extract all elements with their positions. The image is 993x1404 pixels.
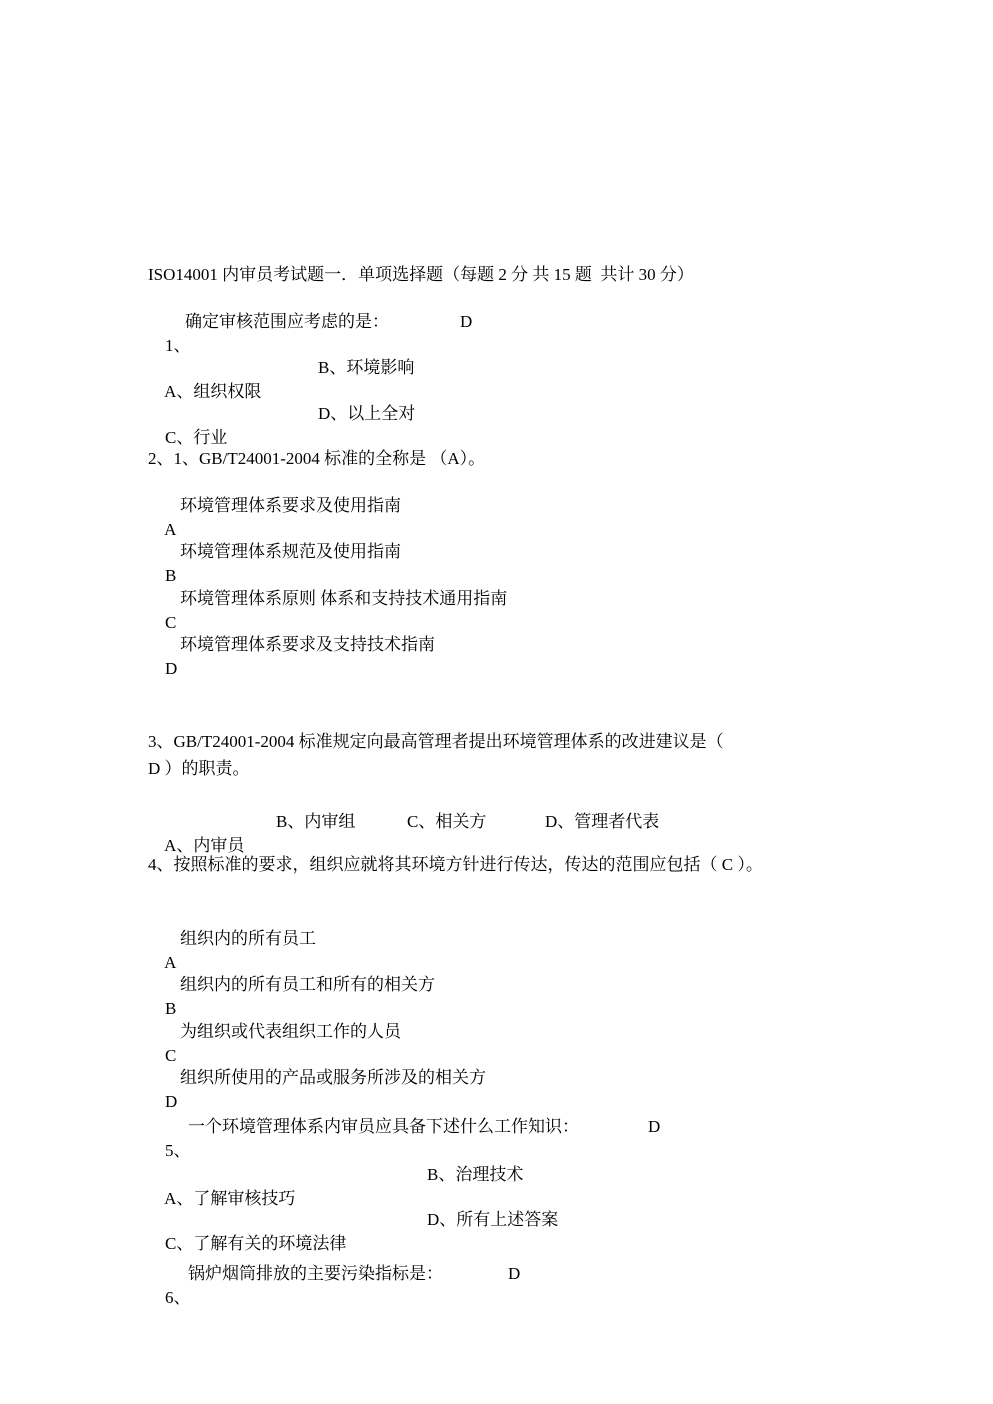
question-2-text: 2、1、GB/T24001-2004 标准的全称是 （A）。 (148, 449, 485, 468)
question-5-option-c: C、了解有关的环境法律 (165, 1234, 346, 1253)
exam-title: ISO14001 内审员考试题一．单项选择题（每题 2 分 共 15 题 共计 … (148, 263, 694, 287)
option-text: 为组织或代表组织工作的人员 (180, 1020, 401, 1044)
question-1-text: 确定审核范围应考虑的是： (185, 310, 389, 334)
question-1-option-d: D、以上全对 (318, 402, 415, 426)
question-5-option-a: A、了解审核技巧 (164, 1189, 295, 1208)
exam-document-page: ISO14001 内审员考试题一．单项选择题（每题 2 分 共 15 题 共计 … (0, 0, 993, 1404)
question-6-number: 6、 (165, 1288, 191, 1307)
question-5-text: 一个环境管理体系内审员应具备下述什么工作知识： (188, 1115, 579, 1139)
option-letter: D (165, 1092, 177, 1111)
question-1-answer: D (460, 310, 472, 334)
question-4-text: 4、按照标准的要求，组织应就将其环境方针进行传达，传达的范围应包括（ C ）。 (148, 855, 763, 874)
question-3-option-d: D、管理者代表 (545, 810, 659, 834)
question-4: 4、按照标准的要求，组织应就将其环境方针进行传达，传达的范围应包括（ C ）。 (148, 853, 763, 877)
question-2-option-d: D 环境管理体系要求及支持技术指南 (148, 633, 177, 729)
question-5-number: 5、 (165, 1141, 191, 1160)
question-3-option-b: B、内审组 (276, 810, 355, 834)
option-letter: B (165, 566, 176, 585)
question-3-option-c: C、相关方 (407, 810, 486, 834)
question-5-answer: D (648, 1115, 660, 1139)
question-5-option-d: D、所有上述答案 (427, 1208, 558, 1232)
question-1-number: 1、 (165, 336, 191, 355)
option-text: 组织内的所有员工和所有的相关方 (180, 973, 435, 997)
option-letter: B (165, 999, 176, 1018)
option-letter: C (165, 613, 176, 632)
option-letter: D (165, 659, 177, 678)
option-text: 组织内的所有员工 (180, 927, 316, 951)
question-1-option-c: C、行业 (165, 428, 227, 447)
question-6: 6、 锅炉烟筒排放的主要污染指标是： D (148, 1262, 191, 1382)
option-text: 环境管理体系原则 体系和支持技术通用指南 (180, 587, 507, 611)
question-2: 2、1、GB/T24001-2004 标准的全称是 （A）。 (148, 447, 485, 471)
exam-title-text: ISO14001 内审员考试题一．单项选择题（每题 2 分 共 15 题 共计 … (148, 265, 694, 284)
question-3-line-2: D ）的职责。 (148, 757, 250, 781)
question-3-text-2: D ）的职责。 (148, 759, 250, 778)
question-5-option-b: B、治理技术 (427, 1163, 523, 1187)
question-1-option-b: B、环境影响 (318, 356, 414, 380)
question-6-answer: D (508, 1262, 520, 1286)
option-letter: C (165, 1046, 176, 1065)
option-text: 环境管理体系规范及使用指南 (180, 540, 401, 564)
option-text: 环境管理体系要求及使用指南 (180, 494, 401, 518)
option-letter: A (164, 953, 176, 972)
option-text: 组织所使用的产品或服务所涉及的相关方 (180, 1066, 486, 1090)
option-text: 环境管理体系要求及支持技术指南 (180, 633, 435, 657)
question-6-text: 锅炉烟筒排放的主要污染指标是： (188, 1262, 443, 1286)
question-3-line-1: 3、GB/T24001-2004 标准规定向最高管理者提出环境管理体系的改进建议… (148, 730, 724, 754)
question-1-option-a: A、组织权限 (164, 382, 261, 401)
question-3-text-1: 3、GB/T24001-2004 标准规定向最高管理者提出环境管理体系的改进建议… (148, 732, 724, 751)
option-letter: A (164, 520, 176, 539)
